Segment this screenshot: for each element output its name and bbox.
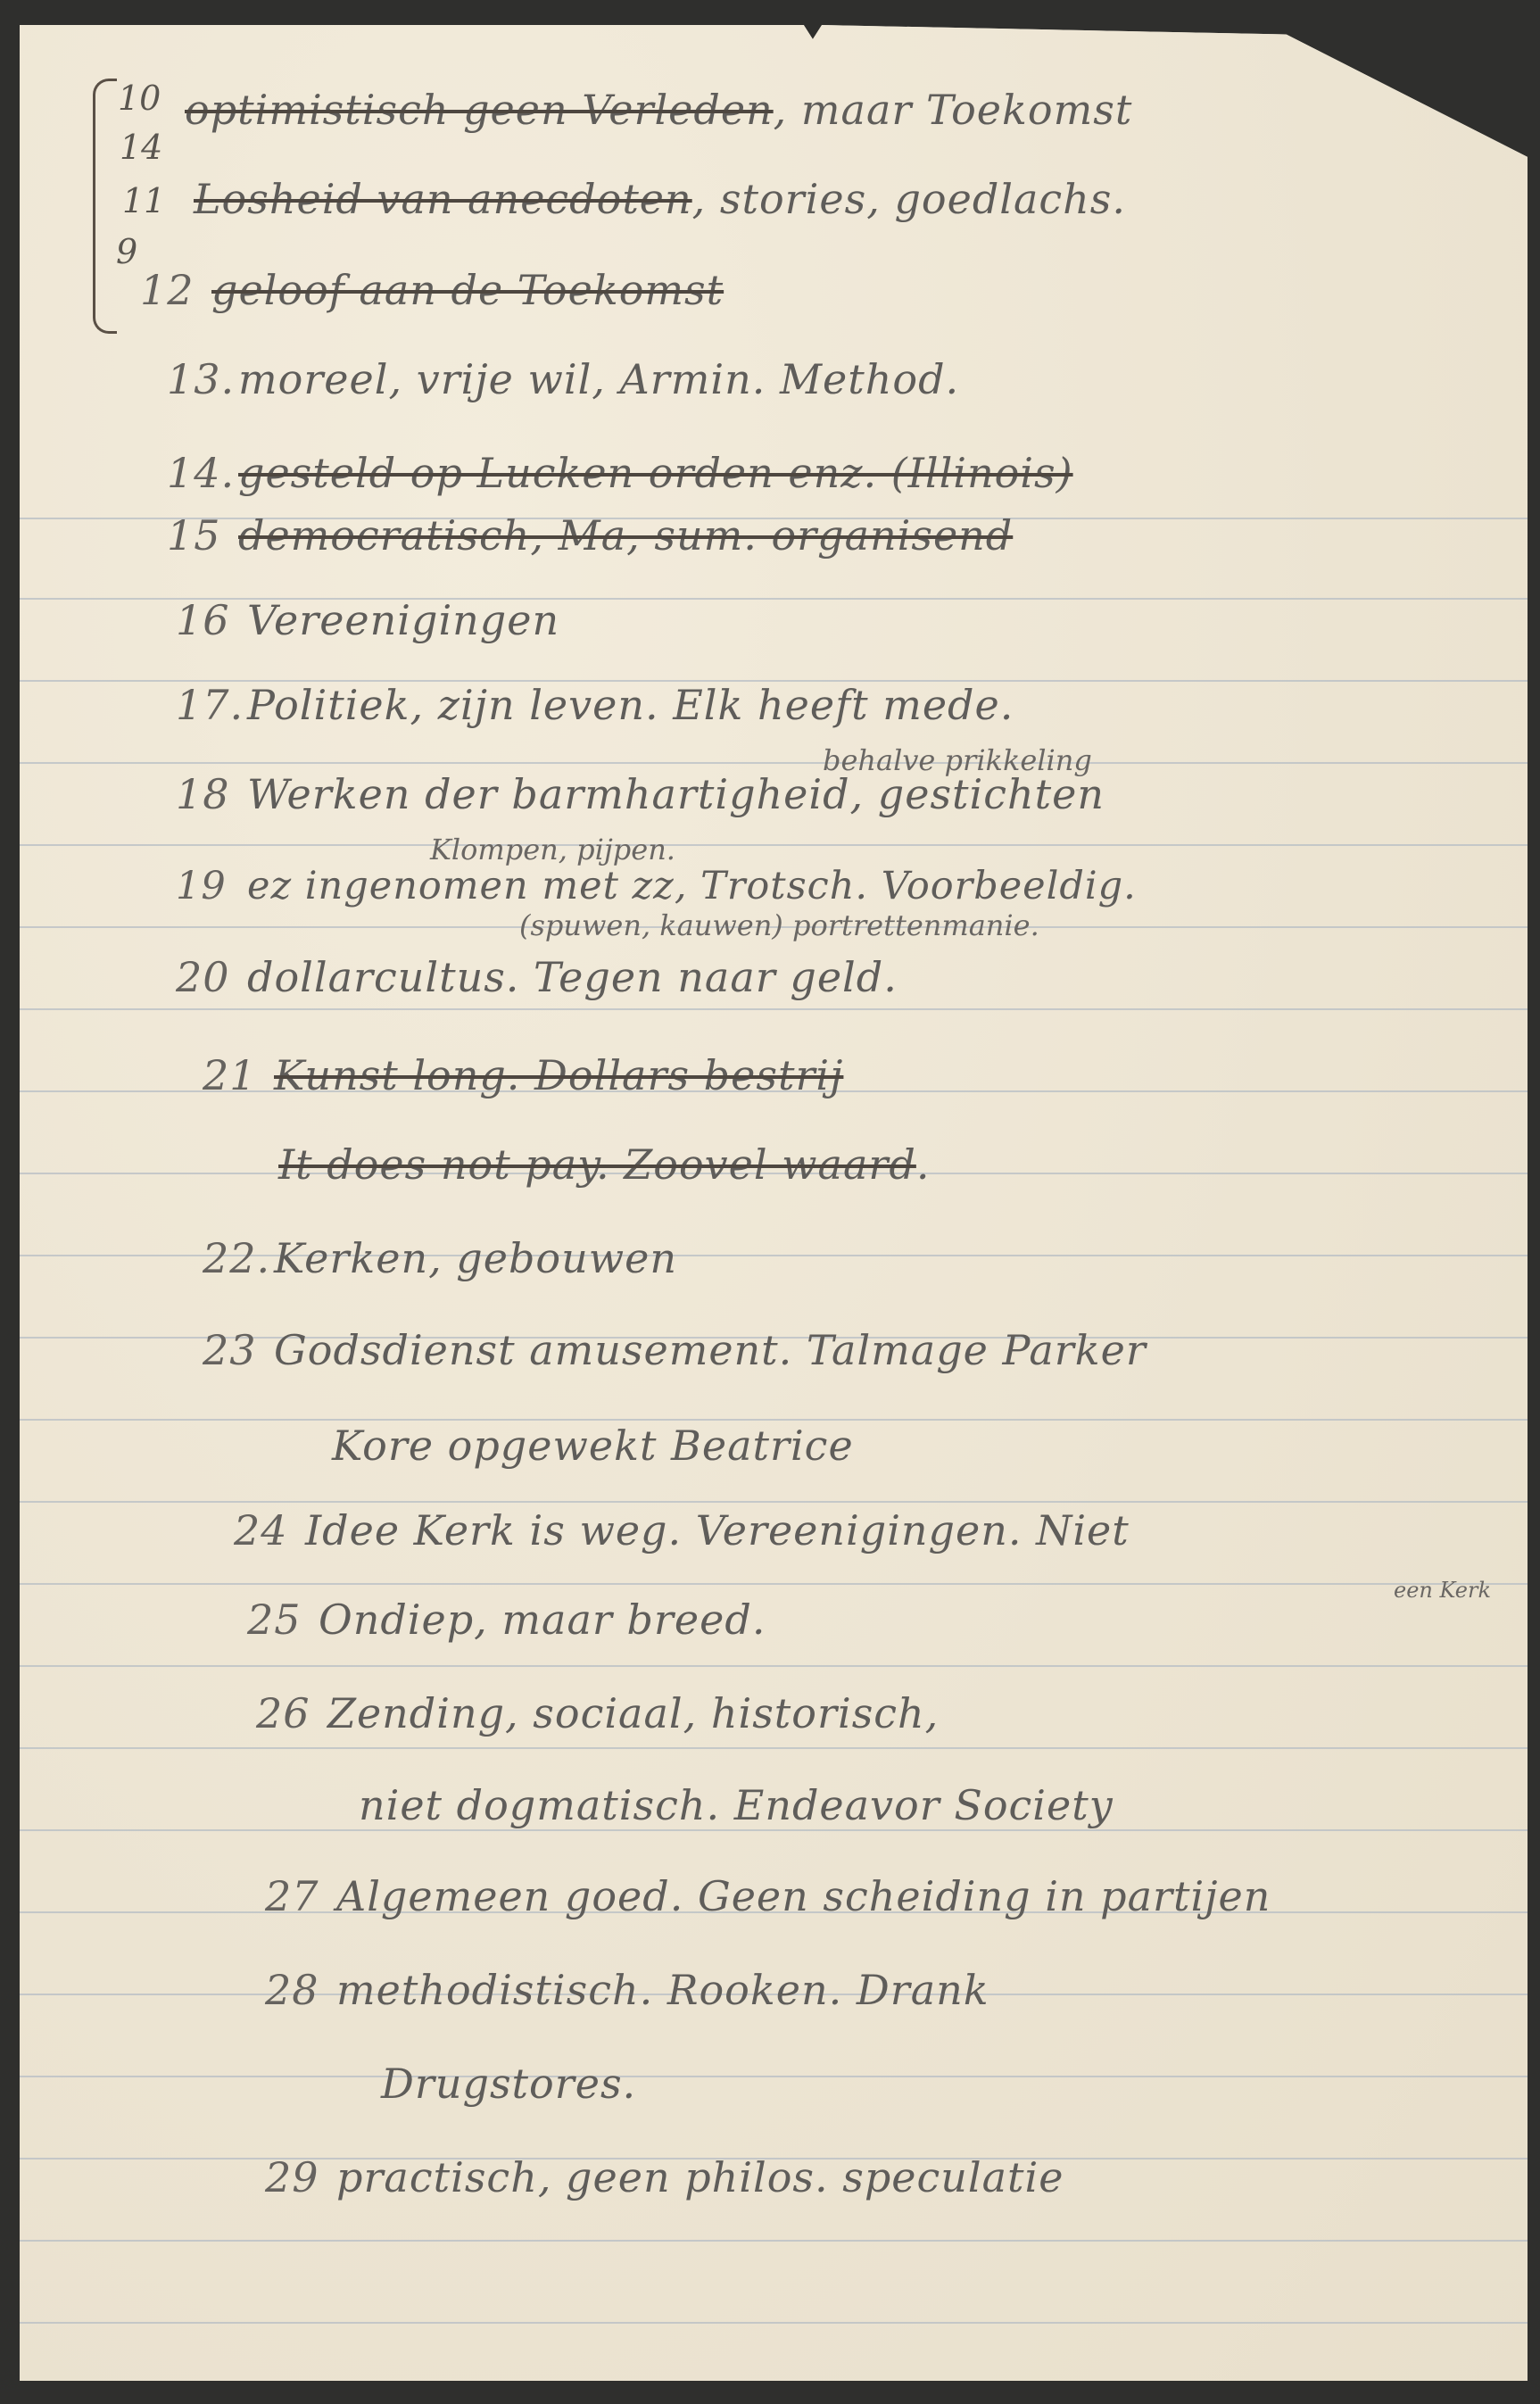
interlinear-note: Klompen, pijpen. [430, 833, 675, 866]
manuscript-line: 15democratisch, Ma, sum. organisend [167, 511, 1013, 560]
ruled-line [20, 1501, 1528, 1503]
ruled-line [20, 1008, 1528, 1010]
manuscript-line: 23Godsdienst amusement. Talmage Parker [203, 1326, 1147, 1374]
interlinear-note: (spuwen, kauwen) portrettenmanie. [519, 908, 1039, 942]
line-text: Idee Kerk is weg. Vereenigingen. Niet [305, 1506, 1130, 1554]
line-text: Werken der barmhartigheid, gestichten [247, 770, 1105, 818]
manuscript-line: niet dogmatisch. Endeavor Society [359, 1781, 1114, 1829]
line-text: Kore opgewekt Beatrice [332, 1422, 854, 1470]
item-number: 16 [176, 596, 247, 644]
item-number: 22. [203, 1234, 274, 1282]
line-text: moreel, vrije wil, Armin. Method. [238, 355, 959, 403]
struck-text: democratisch, Ma, sum. organisend [238, 511, 1013, 560]
manuscript-line: 29practisch, geen philos. speculatie [265, 2153, 1064, 2201]
line-text: ez ingenomen met zz, Trotsch. Voorbeeldi… [247, 864, 1137, 908]
manuscript-line: 21Kunst long. Dollars bestrij [203, 1051, 843, 1099]
manuscript-line: optimistisch geen Verleden, maar Toekoms… [185, 86, 1132, 134]
item-number: 27 [265, 1872, 336, 1920]
line-text: methodistisch. Rooken. Drank [336, 1966, 989, 2014]
manuscript-line: 25Ondiep, maar breed. [247, 1596, 766, 1644]
line-text: Algemeen goed. Geen scheiding in partije… [336, 1872, 1271, 1920]
ruled-line [20, 2322, 1528, 2324]
line-text: niet dogmatisch. Endeavor Society [359, 1781, 1114, 1829]
manuscript-line: 16Vereenigingen [176, 596, 559, 644]
item-number: 20 [176, 953, 247, 1001]
ruled-line [20, 1665, 1528, 1667]
item-number: 23 [203, 1326, 274, 1374]
margin-bracket [93, 79, 117, 334]
bracket-number: 9 [116, 232, 137, 271]
struck-text: geloof aan de Toekomst [211, 266, 724, 314]
manuscript-line: 22.Kerken, gebouwen [203, 1234, 677, 1282]
line-text: , maar Toekomst [774, 86, 1133, 134]
manuscript-line: 14.gesteld op Lucken orden enz. (Illinoi… [167, 449, 1073, 497]
line-text: dollarcultus. Tegen naar geld. [247, 953, 898, 1001]
manuscript-line: 28methodistisch. Rooken. Drank [265, 1966, 989, 2014]
item-number: 25 [247, 1596, 319, 1644]
line-text: Kerken, gebouwen [274, 1234, 677, 1282]
item-number: 12 [140, 266, 211, 314]
item-number: 13. [167, 355, 238, 403]
manuscript-line: 24Idee Kerk is weg. Vereenigingen. Niet [234, 1506, 1130, 1554]
line-text: Ondiep, maar breed. [319, 1596, 766, 1644]
manuscript-line: It does not pay. Zoovel waard. [278, 1140, 930, 1189]
ruled-line [20, 1829, 1528, 1831]
manuscript-line: Drugstores. [381, 2060, 636, 2108]
bracket-number: 10 [118, 79, 161, 118]
line-text: , stories, goedlachs. [692, 175, 1126, 223]
ruled-line [20, 1583, 1528, 1585]
item-number: 29 [265, 2153, 336, 2201]
manuscript-line: Kore opgewekt Beatrice [332, 1422, 854, 1470]
bracket-number: 14 [120, 128, 162, 167]
item-number: 19 [176, 864, 247, 908]
line-text: Godsdienst amusement. Talmage Parker [274, 1326, 1147, 1374]
ruled-line [20, 2240, 1528, 2242]
manuscript-line: 12geloof aan de Toekomst [140, 266, 724, 314]
item-number: 15 [167, 511, 238, 560]
bracket-number: 11 [122, 181, 165, 220]
item-number: 26 [256, 1689, 327, 1737]
item-number: 18 [176, 770, 247, 818]
item-number: 17. [176, 681, 247, 729]
manuscript-line: 19ez ingenomen met zz, Trotsch. Voorbeel… [176, 864, 1137, 908]
manuscript-line: 26Zending, sociaal, historisch, [256, 1689, 939, 1737]
manuscript-line: 27Algemeen goed. Geen scheiding in parti… [265, 1872, 1271, 1920]
ruled-line [20, 762, 1528, 764]
struck-text: gesteld op Lucken orden enz. (Illinois) [238, 449, 1073, 497]
ruled-line [20, 1747, 1528, 1749]
struck-text: Kunst long. Dollars bestrij [274, 1051, 843, 1099]
item-number: 24 [234, 1506, 305, 1554]
ruled-line [20, 1419, 1528, 1421]
line-text: practisch, geen philos. speculatie [336, 2153, 1064, 2201]
manuscript-sheet: 10 14 11 9 optimistisch geen Verleden, m… [20, 25, 1528, 2381]
manuscript-line: 17.Politiek, zijn leven. Elk heeft mede. [176, 681, 1014, 729]
ruled-line [20, 2076, 1528, 2077]
struck-text: optimistisch geen Verleden [185, 86, 774, 134]
line-text: Zending, sociaal, historisch, [327, 1689, 939, 1737]
line-text: Vereenigingen [247, 596, 559, 644]
item-number: 14. [167, 449, 238, 497]
line-text: Drugstores. [381, 2060, 636, 2108]
line-text: Politiek, zijn leven. Elk heeft mede. [247, 681, 1014, 729]
ruled-line [20, 844, 1528, 846]
manuscript-line: 13.moreel, vrije wil, Armin. Method. [167, 355, 959, 403]
interlinear-note: een Kerk [1394, 1578, 1491, 1603]
item-number: 21 [203, 1051, 274, 1099]
struck-text: It does not pay. Zoovel waard [278, 1140, 916, 1189]
item-number: 28 [265, 1966, 336, 2014]
line-text: . [916, 1140, 931, 1189]
manuscript-line: Losheid van anecdoten, stories, goedlach… [194, 175, 1126, 223]
manuscript-line: 18Werken der barmhartigheid, gestichten [176, 770, 1105, 818]
manuscript-line: 20dollarcultus. Tegen naar geld. [176, 953, 898, 1001]
struck-text: Losheid van anecdoten [194, 175, 692, 223]
